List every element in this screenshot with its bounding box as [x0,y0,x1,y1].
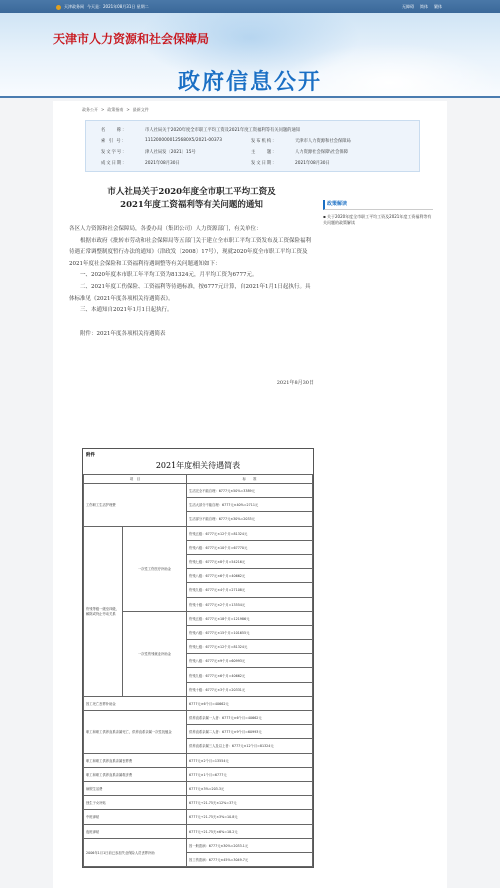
section-title: 政府信息公开 [0,65,500,96]
sidebar-item-policy-interpretation[interactable]: ▪ 关于2020年度全市职工平均工资及2021年度工资福利等有关问题的政策解读 [323,214,433,225]
meta-row-name: 名 称： 市人社局关于2020年度全市职工平均工资及2021年度工资福利等有关问… [101,127,300,133]
column-header: 项 目 [84,475,187,484]
table-row: 中班津贴 6777元÷21.75天×3%=10.8元 [84,810,313,824]
sidebar: 政策解读 ▪ 关于2020年度全市职工平均工资及2021年度工资福利等有关问题的… [323,200,433,225]
document-meta-box: 名 称： 市人社局关于2020年度全市职工平均工资及2021年度工资福利等有关问… [85,120,420,172]
table-cell: 2006年1月1日前已参加失业保险人员丧葬补助 [84,838,187,866]
table-cell: 一次性伤残就业补助金 [122,611,186,696]
table-cell: 6777元×3%=203.3元 [187,781,313,795]
sign-date: 2021年8月30日 [69,379,314,386]
table-cell: 生活大部分不能自理：6777元×40%=2711元 [187,498,313,512]
table-cell: 因工伤患病：6777元×45%=3049.7元 [187,852,313,866]
current-date: 今天是：2021年08月31日 星期二 [87,4,149,10]
meta-row-index: 索 引 号： 1112000000125680X5/2021-00373 [101,138,222,144]
table-row: 工伤职工生活护理费 生活完全不能自理：6777元×50%=3389元 [84,484,313,498]
simplified-chinese-link[interactable]: 简体 [420,4,428,10]
paragraph: 根据市政府《批转市劳动和社会保障局等五部门关于建立全市职工平均工资发布及工资保险… [69,236,314,271]
meta-value: 天津市人力资源和社会保障局 [295,138,351,144]
table-cell: 伤残十级：6777元×2个月=13554元 [187,597,313,611]
org-name[interactable]: 天津市人力资源和社会保障局 [53,30,209,47]
salutation: 各区人力资源和社会保障局，各委办局（集团公司）人力资源部门，有关单位： [69,224,314,236]
benefits-table: 项 目 标 准 工伤职工生活护理费 生活完全不能自理：6777元×50%=338… [83,474,313,867]
breadcrumb-item[interactable]: 政策指南 [107,107,123,113]
meta-row-written: 成文日期： 2021年08月30日 [101,160,180,166]
table-row: 因工死亡丧葬补助金 6777元×6个月=40662元 [84,696,313,710]
table-cell: 6777元×6个月=40662元 [187,696,313,710]
document-text: 各区人力资源和社会保障局，各委办局（集团公司）人力资源部门，有关单位： 根据市政… [69,224,314,340]
breadcrumb-separator: > [126,107,129,113]
sidebar-item-label: 关于2020年度全市职工平均工资及2021年度工资福利等有关问题的政策解读 [323,214,431,225]
meta-value: 市人社局关于2020年度全市职工平均工资及2021年度工资福利等有关问题的通知 [145,127,300,133]
table-cell: 6777元÷21.75天×6%=18.2元 [187,824,313,838]
table-cell: 生活完全不能自理：6777元×50%=3389元 [187,484,313,498]
table-cell: 伤残九级：6777元×4个月=27108元 [187,583,313,597]
table-row: 夜班津贴 6777元÷21.75天×6%=18.2元 [84,824,313,838]
meta-value: 人力资源社会保障\社会保障 [295,149,348,155]
paragraph: 一、2020年度本市职工年平均工资为81324元，月平均工资为6777元。 [69,270,314,282]
meta-row-doc-no: 发文字号： 津人社局发〔2021〕15号 [101,149,196,155]
table-cell: 独生子女补贴 [84,796,187,810]
table-row: 伤残等级一级至四级，解除或终止劳动关系 一次性工伤医疗补助金 伤残五级：6777… [84,526,313,540]
table-row: 职工和职工供养直系亲属丧葬费 6777元×2个月=13554元 [84,753,313,767]
table-cell: 6777元÷21.75天×3%=10.8元 [187,810,313,824]
attachment-link[interactable]: 附件：2021年度各项相关待遇简表 [69,329,314,341]
table-cell: 供养直系亲属一人者：6777元×6个月=40662元 [187,711,313,725]
table-cell: 6777元×1个月=6777元 [187,767,313,781]
table-cell: 工伤职工生活护理费 [84,484,187,527]
table-cell: 一次性工伤医疗补助金 [122,526,186,611]
table-cell: 伤残七级：6777元×12个月=81324元 [187,640,313,654]
table-cell: 职工和职工供养直系亲属救济费 [84,767,187,781]
table-header-row: 项 目 标 准 [84,475,313,484]
table-row: 2006年1月1日前已参加失业保险人员丧葬补助 因一般患病：6777元×30%=… [84,838,313,852]
national-emblem-icon [56,5,61,10]
table-row: 病假生活费 6777元×3%=203.3元 [84,781,313,795]
meta-label: 名 称： [101,127,141,133]
table-cell: 职工和职工供养直系亲属死亡，供养直系亲属一次性抚恤金 [84,711,187,754]
top-bar-links: 无障碍 简体 繁体 [402,4,442,10]
document-body: 市人社局关于2020年度全市职工平均工资及 2021年度工资福利等有关问题的通知… [69,181,314,386]
meta-label: 主 题： [251,149,291,155]
table-cell: 夜班津贴 [84,824,187,838]
top-bar: 天津政务网 今天是：2021年08月31日 星期二 无障碍 简体 繁体 [0,0,500,13]
meta-label: 发布机构： [251,138,291,144]
breadcrumb-item[interactable]: 政务公开 [82,107,98,113]
paragraph: 二、2021年度工伤保险、工资福利等待遇标准，按6777元计算，自2021年1月… [69,282,314,305]
meta-value: 津人社局发〔2021〕15号 [145,149,196,155]
table-cell: 伤残五级：6777元×12个月=81324元 [187,526,313,540]
meta-row-issuer: 发布机构： 天津市人力资源和社会保障局 [251,138,351,144]
table-cell: 中班津贴 [84,810,187,824]
attachment-table: 附件 2021年度相关待遇简表 项 目 标 准 工伤职工生活护理费 生活完全不能… [82,448,314,868]
title-line: 2021年度工资福利等有关问题的通知 [69,199,314,212]
table-cell: 伤残五级：6777元×18个月=121986元 [187,611,313,625]
table-cell: 伤残八级：6777元×6个月=40662元 [187,569,313,583]
paragraph: 三、本通知自2021年1月1日起执行。 [69,305,314,317]
meta-row-published: 发文日期： 2021年08月30日 [251,160,330,166]
accessibility-link[interactable]: 无障碍 [402,4,414,10]
meta-value: 2021年08月30日 [145,160,180,166]
table-cell: 因工死亡丧葬补助金 [84,696,187,710]
table-cell: 伤残七级：6777元×8个月=54216元 [187,554,313,568]
table-cell: 供养直系亲属二人者：6777元×9个月=60993元 [187,725,313,739]
table-row: 独生子女补贴 6777元÷21.75天×12%=37元 [84,796,313,810]
table-row: 职工和职工供养直系亲属死亡，供养直系亲属一次性抚恤金 供养直系亲属一人者：677… [84,711,313,725]
table-cell: 伤残八级：6777元×9个月=60993元 [187,654,313,668]
table-cell: 伤残六级：6777元×10个月=67770元 [187,540,313,554]
site-link[interactable]: 天津政务网 [64,4,84,10]
table-cell: 病假生活费 [84,781,187,795]
table-cell: 供养直系亲属三人及以上者：6777元×12个月=81324元 [187,739,313,753]
table-cell: 伤残九级：6777元×6个月=40662元 [187,668,313,682]
table-cell: 伤残十级：6777元×3个月=20331元 [187,682,313,696]
breadcrumb-item[interactable]: 最新文件 [133,107,149,113]
meta-label: 发文字号： [101,149,141,155]
table-cell: 伤残六级：6777元×15个月=101655元 [187,625,313,639]
table-row: 职工和职工供养直系亲属救济费 6777元×1个月=6777元 [84,767,313,781]
breadcrumb-separator: > [101,107,104,113]
breadcrumb: 政务公开 > 政策指南 > 最新文件 [82,107,149,113]
title-line: 市人社局关于2020年度全市职工平均工资及 [69,186,314,199]
meta-label: 发文日期： [251,160,291,166]
table-cell: 职工和职工供养直系亲属丧葬费 [84,753,187,767]
document-title: 市人社局关于2020年度全市职工平均工资及 2021年度工资福利等有关问题的通知 [69,186,314,212]
table-cell: 生活部分不能自理：6777元×30%=2033元 [187,512,313,526]
table-cell: 6777元÷21.75天×12%=37元 [187,796,313,810]
header-banner: 天津市人力资源和社会保障局 政府信息公开 [0,13,500,98]
traditional-chinese-link[interactable]: 繁体 [434,4,442,10]
attachment-label: 附件 [83,449,313,458]
meta-label: 索 引 号： [101,138,141,144]
meta-row-topic: 主 题： 人力资源社会保障\社会保障 [251,149,348,155]
content-page: 政务公开 > 政策指南 > 最新文件 名 称： 市人社局关于2020年度全市职工… [53,101,447,888]
meta-value: 2021年08月30日 [295,160,330,166]
top-bar-left: 天津政务网 今天是：2021年08月31日 星期二 [56,4,149,10]
meta-value: 1112000000125680X5/2021-00373 [145,138,222,144]
column-header: 标 准 [187,475,313,484]
table-cell: 伤残等级一级至四级，解除或终止劳动关系 [84,526,123,696]
table-cell: 因一般患病：6777元×30%=2033.1元 [187,838,313,852]
sidebar-heading: 政策解读 [323,200,433,210]
table-title: 2021年度相关待遇简表 [83,458,313,474]
table-cell: 6777元×2个月=13554元 [187,753,313,767]
meta-label: 成文日期： [101,160,141,166]
